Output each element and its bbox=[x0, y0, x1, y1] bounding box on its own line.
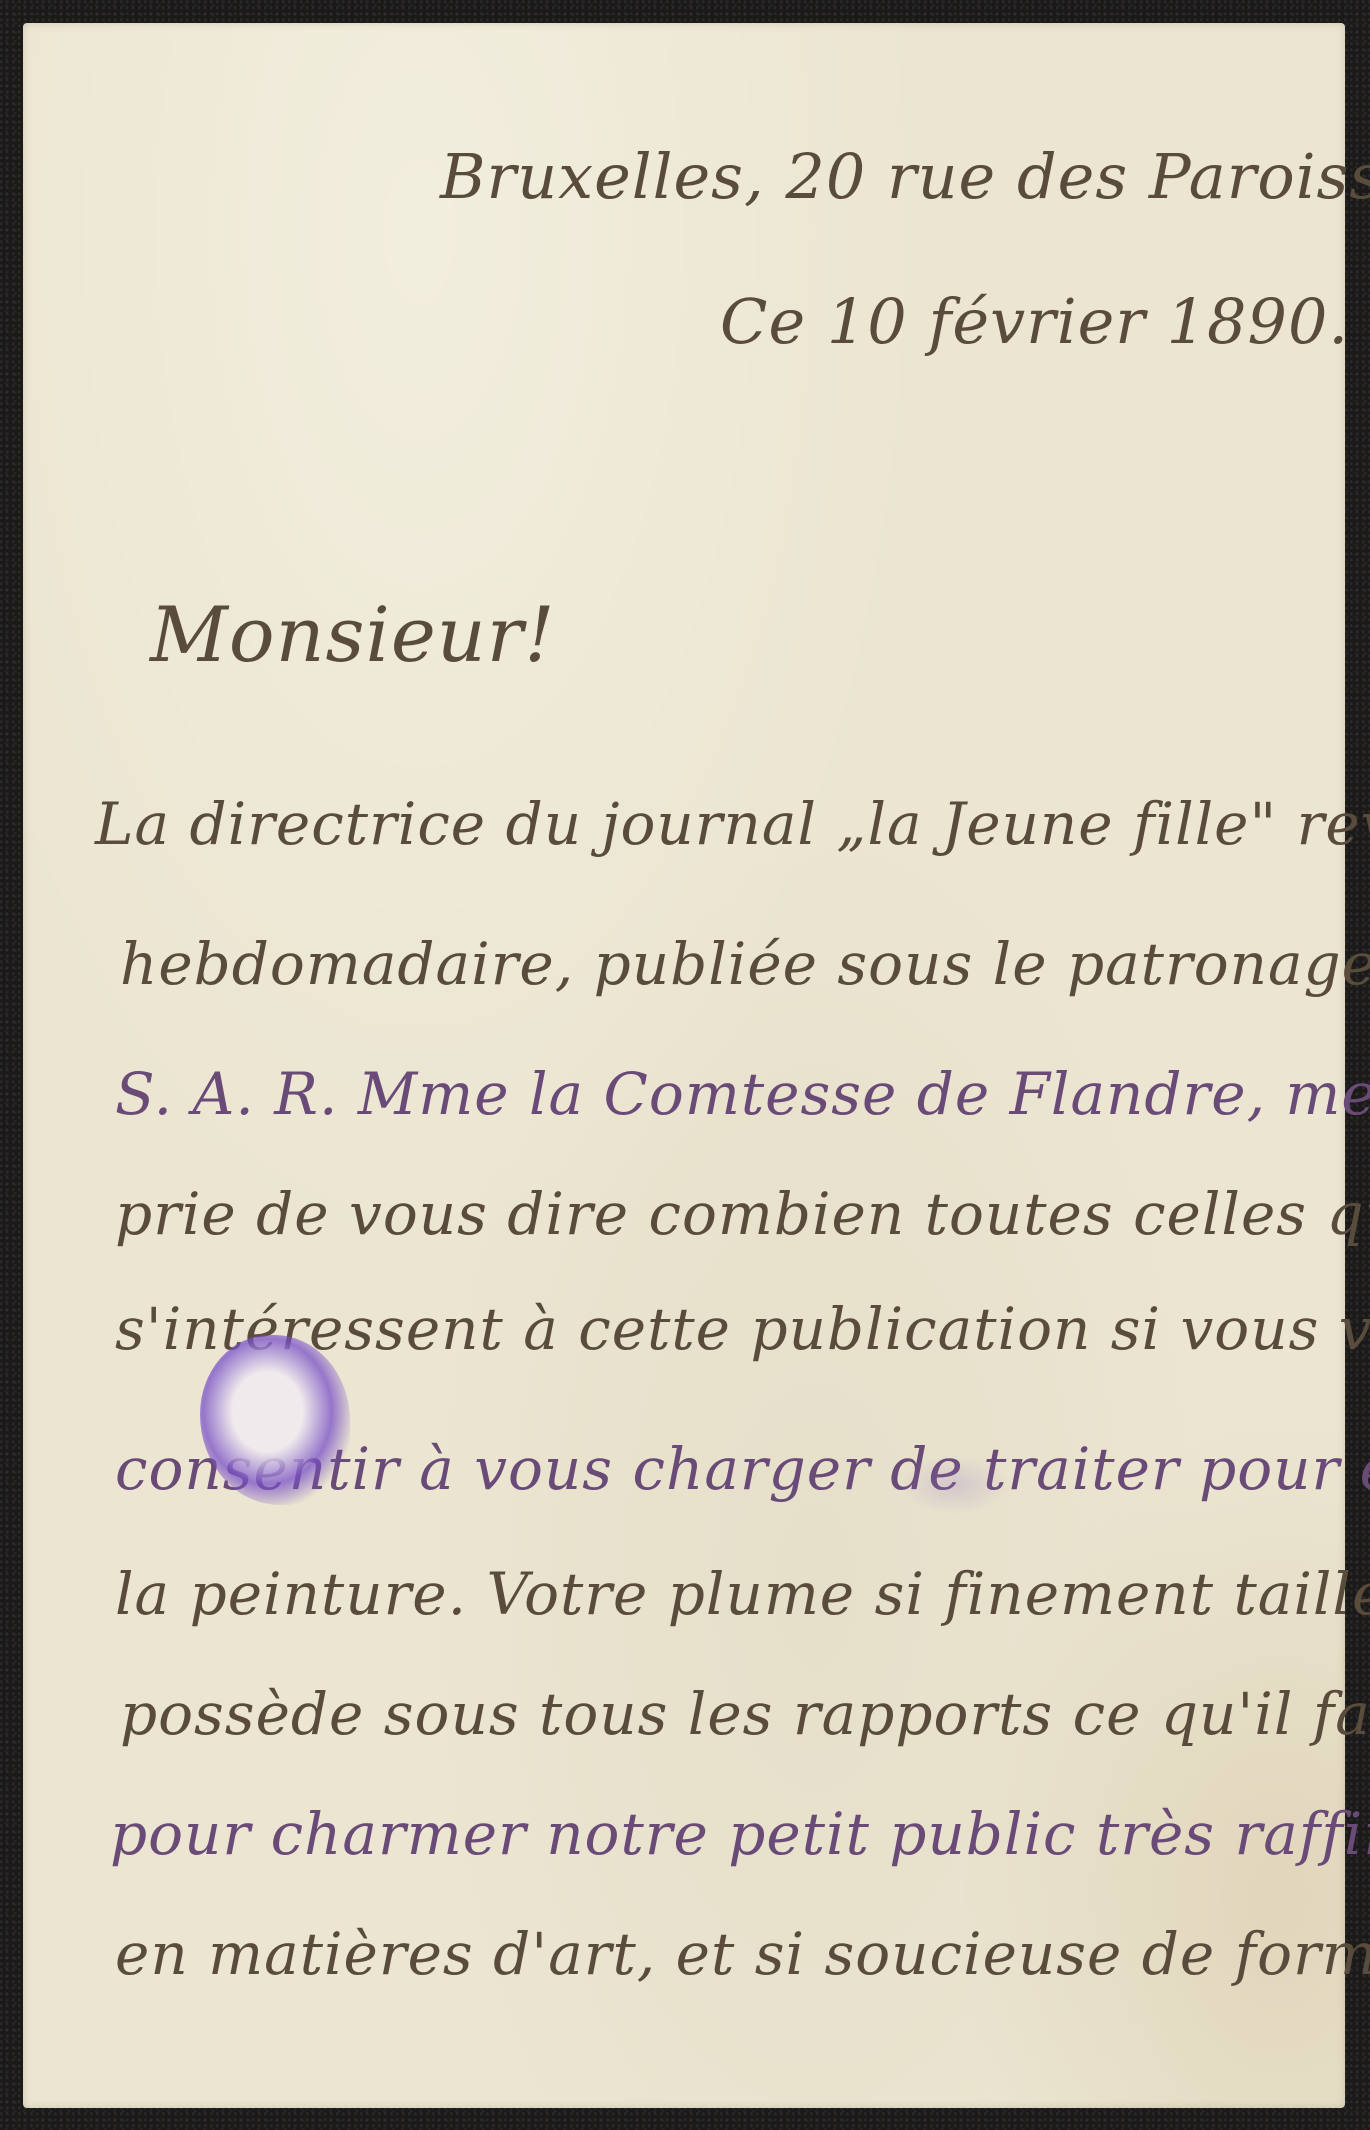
body-line-7: la peinture. Votre plume si finement tai… bbox=[115, 1560, 1370, 1628]
salutation: Monsieur! bbox=[150, 590, 556, 679]
body-line-8: possède sous tous les rapports ce qu'il … bbox=[120, 1680, 1370, 1748]
body-line-9: pour charmer notre petit public très raf… bbox=[110, 1800, 1370, 1868]
body-line-1: La directrice du journal „la Jeune fille… bbox=[95, 790, 1370, 858]
body-line-3: S. A. R. Mme la Comtesse de Flandre, me bbox=[115, 1060, 1370, 1128]
body-line-4: prie de vous dire combien toutes celles … bbox=[115, 1180, 1370, 1248]
body-line-2: hebdomadaire, publiée sous le patronage … bbox=[120, 930, 1370, 998]
ink-smudge bbox=[900, 1455, 1010, 1515]
body-line-10: en matières d'art, et si soucieuse de fo… bbox=[115, 1920, 1370, 1988]
header-address: Bruxelles, 20 rue des Paroissiens bbox=[440, 140, 1370, 213]
header-date: Ce 10 février 1890. bbox=[720, 285, 1349, 358]
